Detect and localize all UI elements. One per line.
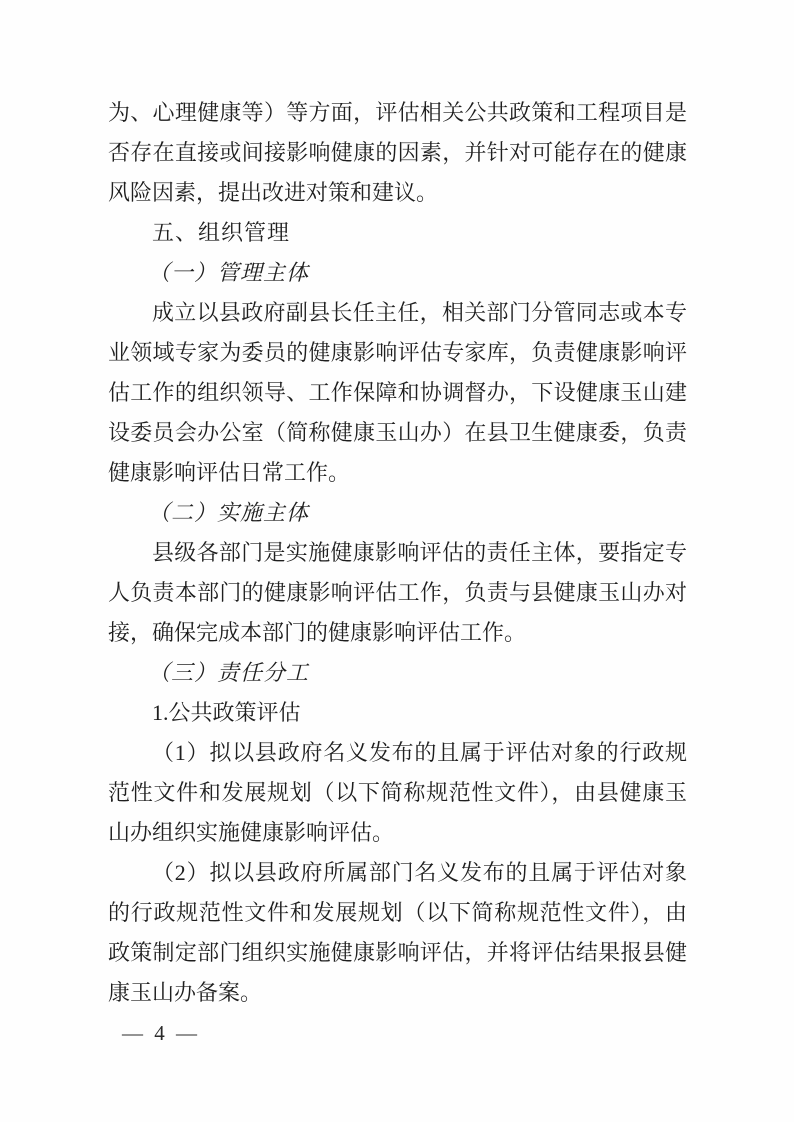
paragraph: 成立以县政府副县长任主任，相关部门分管同志或本专业领域专家为委员的健康影响评估专… xyxy=(108,293,687,493)
paragraph-continued: 为、心理健康等）等方面，评估相关公共政策和工程项目是否存在直接或间接影响健康的因… xyxy=(108,93,687,213)
section-heading-organization-management: 五、组织管理 xyxy=(108,213,687,253)
paragraph: （1）拟以县政府名义发布的且属于评估对象的行政规范性文件和发展规划（以下简称规范… xyxy=(108,733,687,853)
document-body: 为、心理健康等）等方面，评估相关公共政策和工程项目是否存在直接或间接影响健康的因… xyxy=(108,93,687,1013)
document-page: 为、心理健康等）等方面，评估相关公共政策和工程项目是否存在直接或间接影响健康的因… xyxy=(0,0,794,1122)
paragraph: 县级各部门是实施健康影响评估的责任主体，要指定专人负责本部门的健康影响评估工作，… xyxy=(108,533,687,653)
paragraph: （2）拟以县政府所属部门名义发布的且属于评估对象的行政规范性文件和发展规划（以下… xyxy=(108,853,687,1013)
numbered-heading-public-policy-assessment: 1.公共政策评估 xyxy=(108,693,687,733)
subsection-heading-management-body: （一）管理主体 xyxy=(108,253,687,293)
subsection-heading-implementation-body: （二）实施主体 xyxy=(108,493,687,533)
page-number: — 4 — xyxy=(122,1018,200,1048)
subsection-heading-responsibility-division: （三）责任分工 xyxy=(108,653,687,693)
